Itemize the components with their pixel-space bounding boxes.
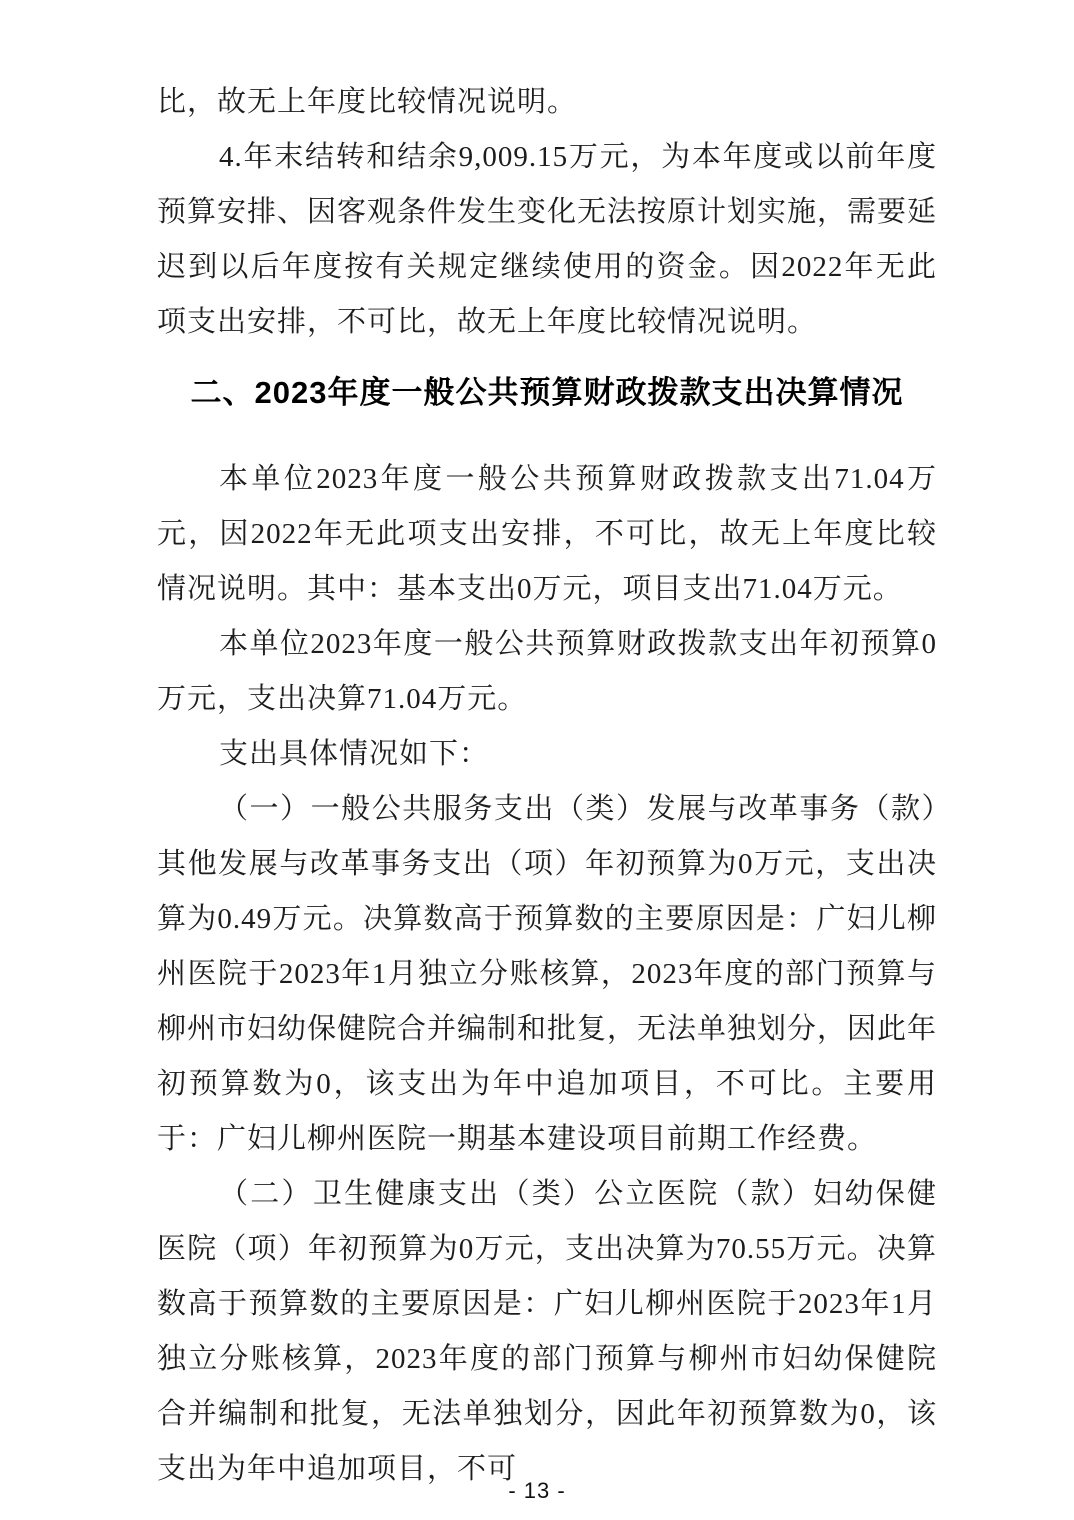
paragraph-item-one-general-public-services: （一）一般公共服务支出（类）发展与改革事务（款）其他发展与改革事务支出（项）年初… — [157, 782, 937, 1167]
page-number: - 13 - — [0, 1478, 1074, 1504]
paragraph-expenditure-summary: 本单位2023年度一般公共预算财政拨款支出71.04万元，因2022年无此项支出… — [157, 452, 937, 617]
paragraph-budget-vs-final: 本单位2023年度一般公共预算财政拨款支出年初预算0万元，支出决算71.04万元… — [157, 617, 937, 727]
document-page: 比，故无上年度比较情况说明。 4.年末结转和结余9,009.15万元，为本年度或… — [0, 0, 1074, 1520]
page-body: 比，故无上年度比较情况说明。 4.年末结转和结余9,009.15万元，为本年度或… — [157, 75, 937, 1497]
paragraph-detail-intro: 支出具体情况如下： — [157, 727, 937, 782]
paragraph-item4-carryover-funds: 4.年末结转和结余9,009.15万元，为本年度或以前年度预算安排、因客观条件发… — [157, 130, 937, 350]
section-heading-general-budget-expenditure: 二、2023年度一般公共预算财政拨款支出决算情况 — [157, 365, 937, 420]
paragraph-item3-continuation: 比，故无上年度比较情况说明。 — [157, 75, 937, 130]
paragraph-item-two-health-expenditure: （二）卫生健康支出（类）公立医院（款）妇幼保健医院（项）年初预算为0万元，支出决… — [157, 1167, 937, 1497]
